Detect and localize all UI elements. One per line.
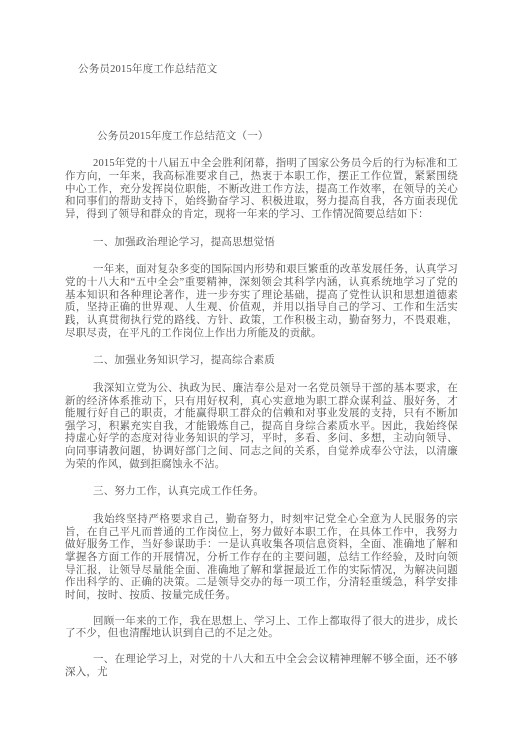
document-title: 公务员2015年度工作总结范文 bbox=[65, 64, 458, 77]
section-heading-3: 三、努力工作，认真完成工作任务。 bbox=[65, 486, 458, 499]
paragraph-business-knowledge: 我深知立党为公、执政为民、廉洁奉公是对一名党员领导干部的基本要求，在新的经济体系… bbox=[65, 383, 458, 472]
paragraph-intro: 2015年党的十八届五中全会胜利闭幕，指明了国家公务员今后的行为标准和工作方向，… bbox=[65, 158, 458, 221]
paragraph-political-study: 一年来，面对复杂多变的国际国内形势和艰巨繁重的改革发展任务，认真学习党的十八大和… bbox=[65, 264, 458, 340]
document-subtitle: 公务员2015年度工作总结范文（一） bbox=[65, 131, 458, 144]
section-heading-1: 一、加强政治理论学习，提高思想觉悟 bbox=[65, 237, 458, 250]
paragraph-review: 回顾一年来的工作，我在思想上、学习上、工作上都取得了很大的进步，成长了不少，但也… bbox=[65, 616, 458, 641]
paragraph-shortcomings-truncated: 一、在理论学习上，对党的十八大和五中全会会议精神理解不够全面，还不够深入，尤 bbox=[65, 654, 458, 679]
paragraph-work-tasks: 我始终坚持严格要求自己，勤奋努力，时刻牢记党全心全意为人民服务的宗旨，在自己平凡… bbox=[65, 514, 458, 603]
section-heading-2: 二、加强业务知识学习，提高综合素质 bbox=[65, 355, 458, 368]
document-page: 公务员2015年度工作总结范文 公务员2015年度工作总结范文（一） 2015年… bbox=[0, 0, 520, 735]
